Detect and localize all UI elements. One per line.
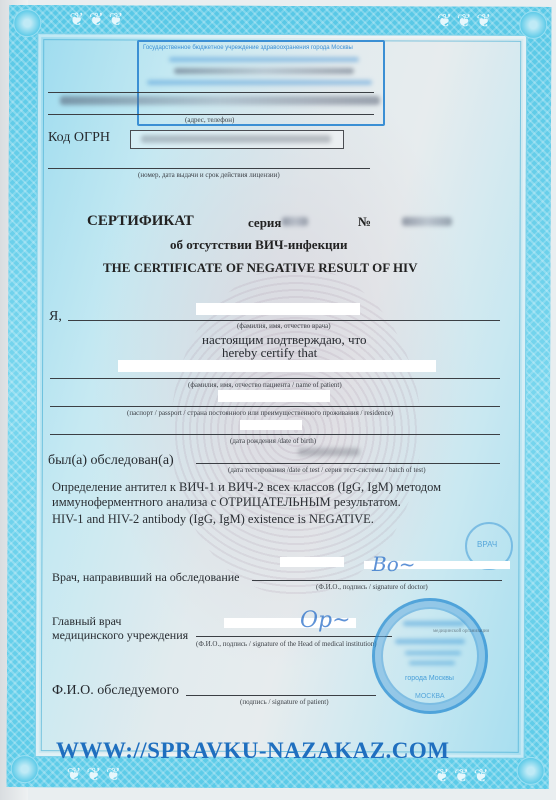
redacted-number xyxy=(402,217,452,226)
corner-rosette-icon xyxy=(11,755,39,783)
scroll-ornament-icon: ❦ ❦ ❦ xyxy=(69,9,123,30)
doctor-name-line xyxy=(68,320,500,321)
scroll-ornament-icon: ❦ ❦ ❦ xyxy=(434,766,488,787)
ogrn-field xyxy=(130,130,344,149)
passport-caption: (паспорт / passport / страна постоянного… xyxy=(127,409,393,417)
birth-date-caption: (дата рождения /date of birth) xyxy=(230,437,316,445)
scroll-ornament-icon: ❦ ❦ ❦ xyxy=(67,764,121,785)
head-doctor-signature: Op~ xyxy=(300,608,351,633)
patient-name-field xyxy=(118,360,436,372)
patient-signature-line xyxy=(186,695,376,696)
passport-line xyxy=(50,406,500,407)
address-line-1 xyxy=(48,92,374,93)
series-label: серия xyxy=(248,215,281,231)
patient-name-caption: (фамилия, имя, отчество пациента / name … xyxy=(188,381,342,389)
head-doctor-label-1: Главный врач xyxy=(52,614,121,629)
patient-signature-label: Ф.И.О. обследуемого xyxy=(52,683,179,699)
doctor-name-field xyxy=(196,303,360,315)
passport-field xyxy=(218,390,330,402)
test-date-line xyxy=(196,463,500,464)
certificate-subtitle-ru: об отсутствии ВИЧ-инфекции xyxy=(170,237,348,253)
referring-doctor-caption: (Ф.И.О., подпись / signature of doctor) xyxy=(316,583,428,591)
redacted-stamp-line xyxy=(403,621,465,626)
institution-round-stamp: медицинской организации города Москвы МО… xyxy=(372,598,488,714)
license-caption: (номер, дата выдачи и срок действия лице… xyxy=(138,171,280,179)
guilloche-watermark xyxy=(170,266,421,597)
head-doctor-caption: (Ф.И.О., подпись / signature of the Head… xyxy=(196,640,377,648)
redacted-series xyxy=(282,217,308,226)
redacted-stamp-line xyxy=(395,639,465,644)
address-caption: (адрес, телефон) xyxy=(185,116,234,124)
doctor-name-caption: (фамилия, имя, отчество врача) xyxy=(237,322,331,330)
number-label: № xyxy=(358,214,371,230)
redacted-stamp-line xyxy=(147,80,372,85)
certify-text-en: hereby certify that xyxy=(222,345,317,361)
test-date-caption: (дата тестирования /date of test / серия… xyxy=(228,466,426,474)
redacted-stamp-line xyxy=(405,651,461,655)
examined-label: был(а) обследован(а) xyxy=(48,453,174,469)
certificate-subtitle-en: THE CERTIFICATE OF NEGATIVE RESULT OF HI… xyxy=(103,260,418,276)
stamp-city: города Москвы xyxy=(405,675,454,682)
patient-signature-caption: (подпись / signature of patient) xyxy=(240,698,329,706)
address-line-2 xyxy=(48,114,374,115)
corner-rosette-icon xyxy=(517,757,545,785)
birth-date-line xyxy=(50,434,500,435)
certificate-title: СЕРТИФИКАТ xyxy=(87,213,194,230)
stamp-institution-text: Государственное бюджетное учреждение здр… xyxy=(143,45,353,51)
result-line-2: иммуноферментного анализа с ОТРИЦАТЕЛЬНЫ… xyxy=(52,495,401,510)
license-line xyxy=(48,168,370,169)
redacted-address xyxy=(60,96,380,105)
patient-name-line xyxy=(50,378,500,379)
result-line-3: HIV-1 and HIV-2 antibody (IgG, IgM) exis… xyxy=(52,512,374,527)
corner-rosette-icon xyxy=(519,11,547,39)
referring-doctor-line xyxy=(252,580,502,581)
redacted-stamp-line xyxy=(409,661,455,665)
corner-rosette-icon xyxy=(13,9,41,37)
website-watermark: WWW://SPRAVKU-NAZAKAZ.COM xyxy=(56,738,450,764)
stamp-city-bottom: МОСКВА xyxy=(415,693,445,700)
redacted-stamp-line xyxy=(169,57,359,62)
redacted-test-date xyxy=(298,448,360,456)
i-label: Я, xyxy=(49,309,62,325)
head-doctor-label-2: медицинского учреждения xyxy=(52,628,188,643)
birth-date-field xyxy=(240,420,302,430)
ogrn-label: Код ОГРН xyxy=(48,130,110,146)
head-doctor-line xyxy=(196,636,392,637)
referring-doctor-signature: Bo~ xyxy=(372,552,416,576)
redacted-ogrn xyxy=(141,135,331,143)
redacted-stamp-line xyxy=(174,68,354,74)
result-line-1: Определение антител к ВИЧ-1 и ВИЧ-2 всех… xyxy=(52,480,441,495)
referring-doctor-name-field xyxy=(280,557,344,567)
referring-doctor-label: Врач, направивший на обследование xyxy=(52,570,240,585)
scroll-ornament-icon: ❦ ❦ ❦ xyxy=(437,11,491,32)
